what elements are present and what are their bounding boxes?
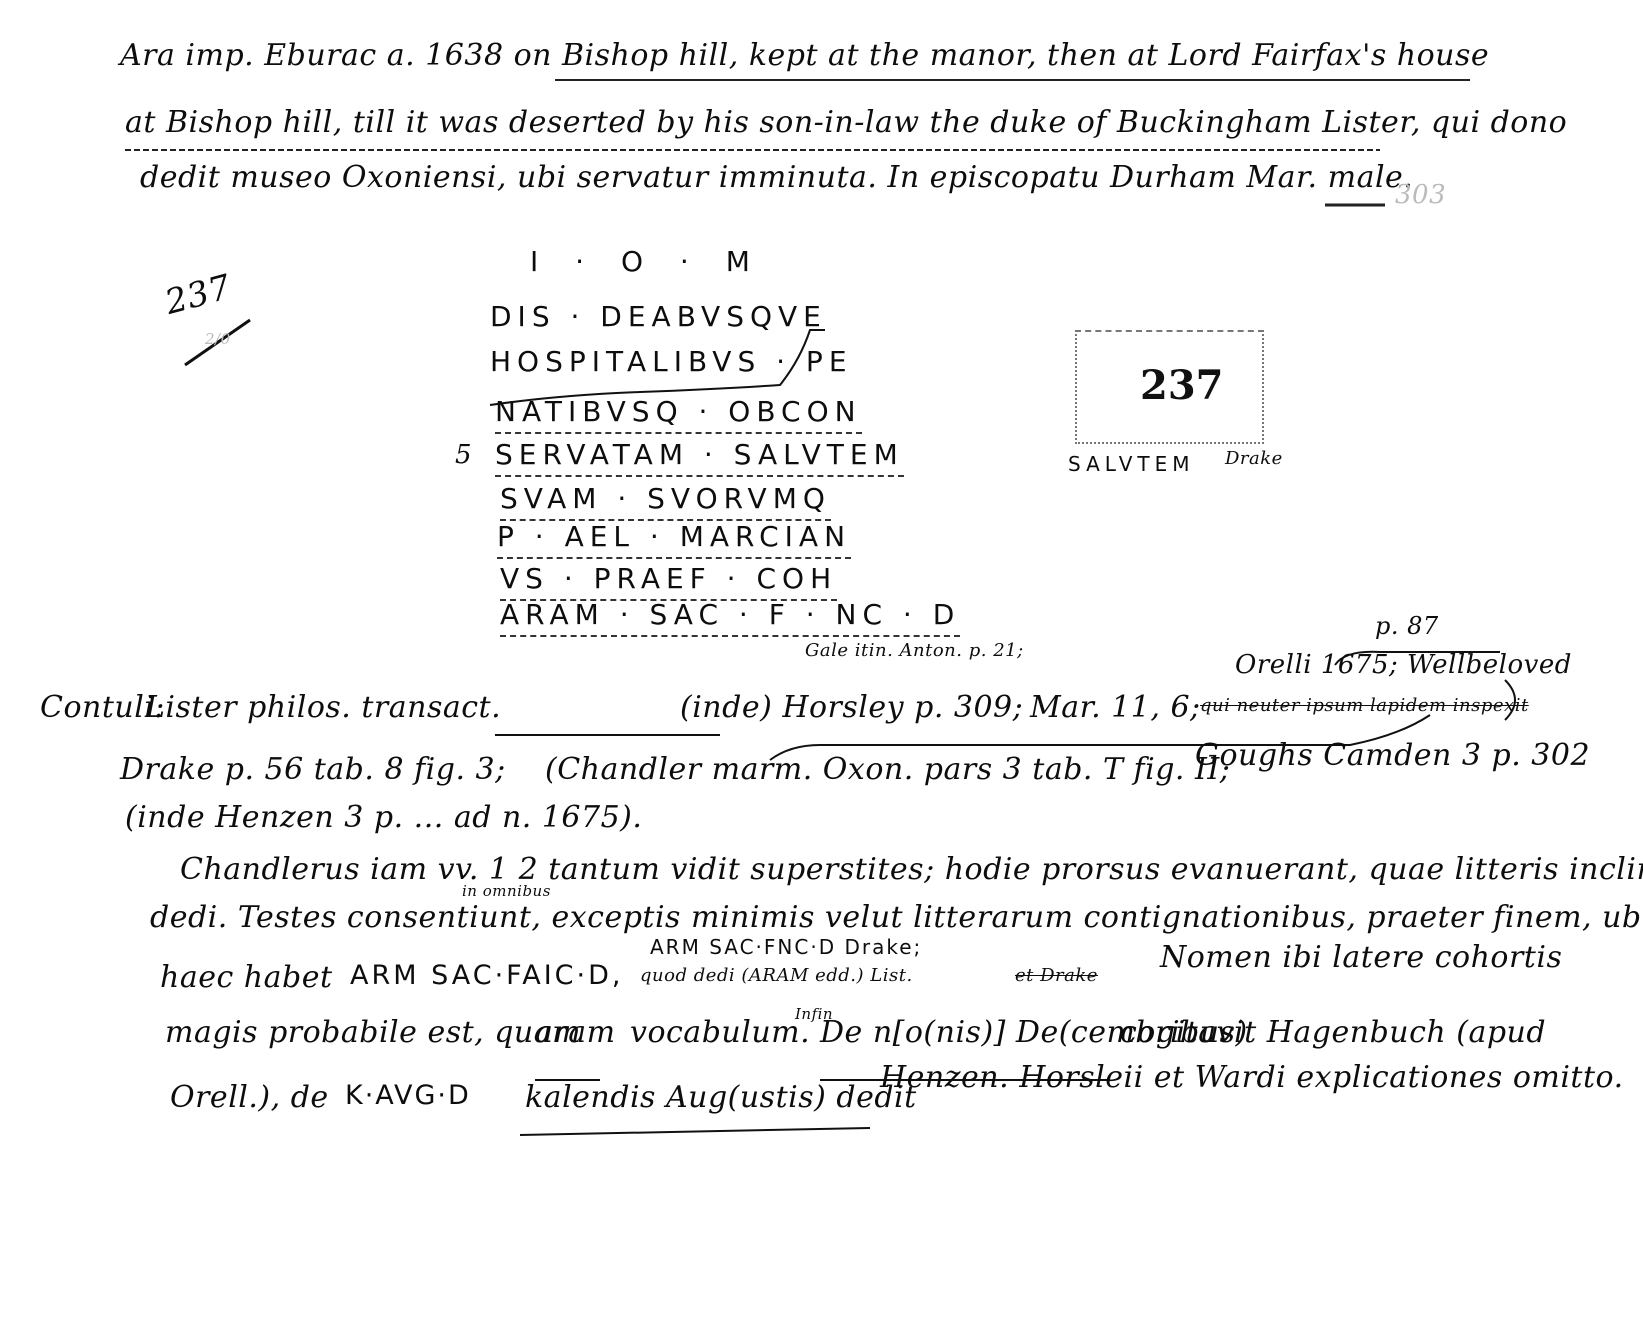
inscription-line-1: I · O · M bbox=[530, 245, 764, 282]
para-line-4-mid: vocabulum. bbox=[630, 1015, 810, 1050]
header-note-line-2: at Bishop hill, till it was deserted by … bbox=[125, 105, 1567, 140]
para-line-1: Chandlerus iam vv. 1 2 tantum vidit supe… bbox=[180, 852, 1643, 887]
inscription-line-4: NATIBVSQ · OBCON bbox=[495, 395, 862, 434]
para-line-2-insertion: in omnibus bbox=[462, 882, 551, 900]
para-line-3-insertion: ARM SAC·FNC·D Drake; bbox=[650, 935, 922, 959]
ref-drake: Drake p. 56 tab. 8 fig. 3; bbox=[120, 752, 506, 787]
para-line-4-end: cogitavit Hagenbuch (apud bbox=[1120, 1015, 1546, 1050]
page-ref-above: p. 87 bbox=[1375, 612, 1439, 640]
para-line-3-caps: ARM SAC·FAIC·D, bbox=[350, 960, 623, 991]
para-line-3-end: Nomen ibi latere cohortis bbox=[1160, 940, 1562, 975]
ref-above-gale: Gale itin. Anton. p. 21; bbox=[805, 640, 1024, 661]
faint-page-mark: 303 bbox=[1395, 180, 1446, 210]
inscription-line-2: DIS · DEABVSQVE bbox=[490, 300, 827, 337]
variant-source: Drake bbox=[1225, 448, 1283, 469]
para-line-5-end: Henzen. Horsleii et Wardi explicationes … bbox=[880, 1060, 1624, 1095]
margin-number-struck: 2/0 bbox=[205, 330, 231, 348]
header-note-line-3: dedit museo Oxoniensi, ubi servatur immi… bbox=[140, 160, 1413, 195]
ref-horsley: (inde) Horsley p. 309; bbox=[680, 690, 1023, 725]
para-line-4-aram: aram bbox=[535, 1015, 616, 1050]
para-line-5-underlined: kalendis Aug(ustis) dedit bbox=[525, 1080, 917, 1115]
ref-lister: Lister philos. transact. bbox=[145, 690, 501, 725]
inscription-line-9: ARAM · SAC · F · NC · D bbox=[500, 598, 960, 637]
para-line-5-start: Orell.), de bbox=[170, 1080, 329, 1115]
struck-note: qui neuter ipsum lapidem inspexit bbox=[1200, 695, 1529, 716]
para-line-3-mid: quod dedi (ARAM edd.) List. bbox=[640, 965, 913, 986]
para-line-3-struck: et Drake bbox=[1015, 965, 1098, 986]
para-line-2: dedi. Testes consentiunt, exceptis minim… bbox=[150, 900, 1643, 935]
para-line-5-caps: K·AVG·D bbox=[345, 1080, 471, 1111]
inscription-line-7: P · AEL · MARCIAN bbox=[497, 520, 851, 559]
inscription-line-5: SERVATAM · SALVTEM bbox=[495, 438, 904, 477]
ref-henzen: (inde Henzen 3 p. ... ad n. 1675). bbox=[125, 800, 642, 835]
ref-orelli: Orelli 1675; Wellbeloved bbox=[1235, 650, 1572, 680]
ref-gough: Goughs Camden 3 p. 302 bbox=[1195, 738, 1590, 773]
header-note-line-1: Ara imp. Eburac a. 1638 on Bishop hill, … bbox=[120, 38, 1489, 73]
stamp-number: 237 bbox=[1140, 362, 1224, 409]
variant-reading: SALVTEM bbox=[1068, 452, 1194, 476]
inscription-line-6: SVAM · SVORVMQ bbox=[500, 482, 831, 521]
inscription-line-8: VS · PRAEF · COH bbox=[500, 562, 837, 601]
ref-mar: Mar. 11, 6; bbox=[1030, 690, 1201, 725]
ref-chandler: (Chandler marm. Oxon. pars 3 tab. T fig.… bbox=[545, 752, 1230, 787]
inscription-line-3: HOSPITALIBVS · PE bbox=[490, 345, 853, 382]
para-line-3-start: haec habet bbox=[160, 960, 333, 995]
para-line-4-start: magis probabile est, quam bbox=[165, 1015, 581, 1050]
line-number-marker: 5 bbox=[455, 440, 472, 470]
manuscript-page: Ara imp. Eburac a. 1638 on Bishop hill, … bbox=[0, 0, 1643, 1340]
